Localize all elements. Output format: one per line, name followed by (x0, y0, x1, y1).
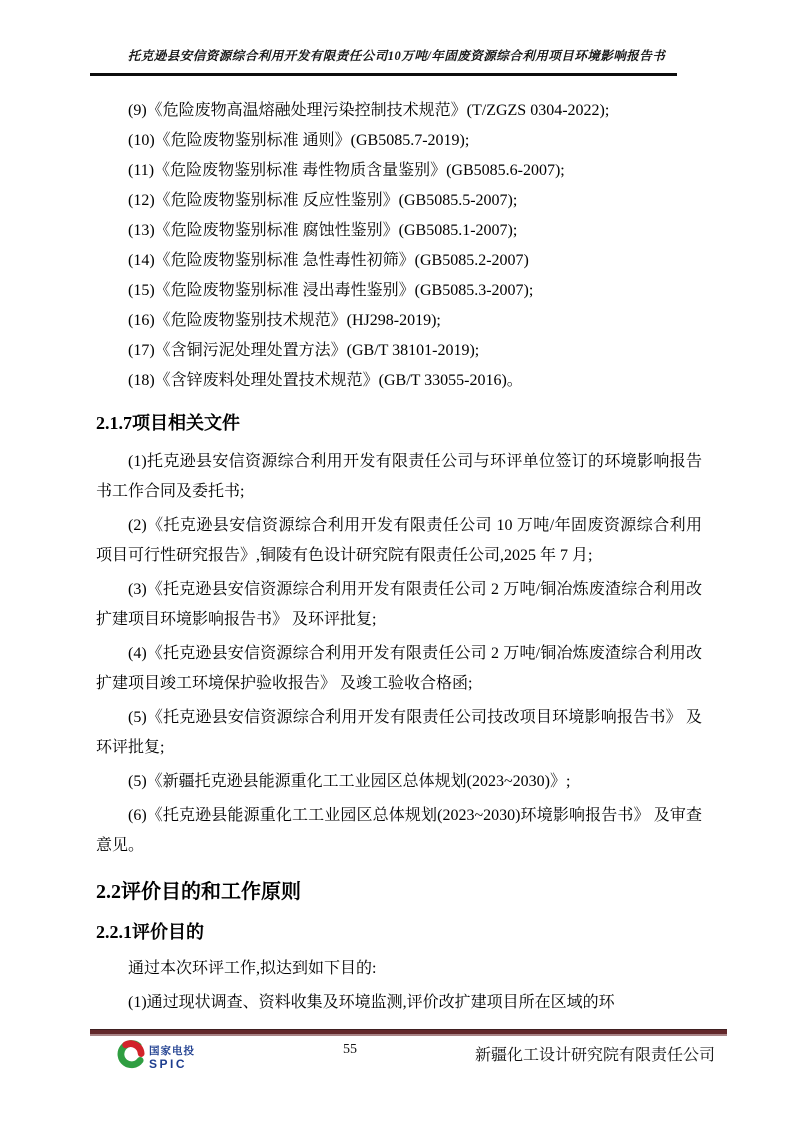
header-rule (90, 73, 677, 76)
standard-item: (9)《危险废物高温熔融处理污染控制技术规范》(T/ZGZS 0304-2022… (96, 96, 702, 126)
section-title: 项目相关文件 (132, 413, 240, 433)
related-documents-list: (1)托克逊县安信资源综合利用开发有限责任公司与环评单位签订的环境影响报告书工作… (96, 447, 702, 861)
logo-text: 国家电投 SPIC (149, 1046, 195, 1071)
logo-en-label: SPIC (149, 1058, 195, 1070)
standard-item: (11)《危险废物鉴别标准 毒性物质含量鉴别》(GB5085.6-2007); (96, 156, 702, 186)
section-number: 2.1.7 (96, 413, 132, 433)
section-number: 2.2 (96, 881, 121, 903)
standards-list: (9)《危险废物高温熔融处理污染控制技术规范》(T/ZGZS 0304-2022… (96, 96, 702, 396)
logo-cn-label: 国家电投 (149, 1046, 195, 1057)
document-page: 托克逊县安信资源综合利用开发有限责任公司10万吨/年固废资源综合利用项目环境影响… (0, 0, 793, 1122)
standard-item: (12)《危险废物鉴别标准 反应性鉴别》(GB5085.5-2007); (96, 186, 702, 216)
page-footer: 55 国家电投 SPIC 新疆化工设计研究院有限责任公司 (90, 1038, 727, 1082)
standard-item: (18)《含锌废料处理处置技术规范》(GB/T 33055-2016)。 (96, 366, 702, 396)
page-header-title: 托克逊县安信资源综合利用开发有限责任公司10万吨/年固废资源综合利用项目环境影响… (88, 46, 705, 64)
standard-item: (10)《危险废物鉴别标准 通则》(GB5085.7-2019); (96, 126, 702, 156)
section-heading-2-2-1: 2.2.1评价目的 (96, 920, 702, 945)
section-heading-2-1-7: 2.1.7项目相关文件 (96, 411, 702, 436)
document-item: (5)《新疆托克逊县能源重化工工业园区总体规划(2023~2030)》; (96, 767, 702, 797)
body-paragraphs: 通过本次环评工作,拟达到如下目的:(1)通过现状调查、资料收集及环境监测,评价改… (96, 954, 702, 1018)
page-body: (9)《危险废物高温熔融处理污染控制技术规范》(T/ZGZS 0304-2022… (96, 96, 702, 1018)
footer-rule (90, 1029, 727, 1036)
section-heading-2-2: 2.2评价目的和工作原则 (96, 878, 702, 906)
document-item: (6)《托克逊县能源重化工工业园区总体规划(2023~2030)环境影响报告书》… (96, 801, 702, 861)
section-title: 评价目的 (132, 922, 204, 942)
section-number: 2.2.1 (96, 922, 132, 942)
document-item: (5)《托克逊县安信资源综合利用开发有限责任公司技改项目环境影响报告书》 及环评… (96, 703, 702, 763)
document-item: (1)托克逊县安信资源综合利用开发有限责任公司与环评单位签订的环境影响报告书工作… (96, 447, 702, 507)
standard-item: (16)《危险废物鉴别技术规范》(HJ298-2019); (96, 306, 702, 336)
body-paragraph: (1)通过现状调查、资料收集及环境监测,评价改扩建项目所在区域的环 (96, 988, 702, 1018)
footer-company-name: 新疆化工设计研究院有限责任公司 (475, 1042, 715, 1065)
body-paragraph: 通过本次环评工作,拟达到如下目的: (96, 954, 702, 984)
standard-item: (14)《危险废物鉴别标准 急性毒性初筛》(GB5085.2-2007) (96, 246, 702, 276)
document-item: (3)《托克逊县安信资源综合利用开发有限责任公司 2 万吨/铜冶炼废渣综合利用改… (96, 575, 702, 635)
document-item: (4)《托克逊县安信资源综合利用开发有限责任公司 2 万吨/铜冶炼废渣综合利用改… (96, 639, 702, 699)
document-item: (2)《托克逊县安信资源综合利用开发有限责任公司 10 万吨/年固废资源综合利用… (96, 511, 702, 571)
standard-item: (15)《危险废物鉴别标准 浸出毒性鉴别》(GB5085.3-2007); (96, 276, 702, 306)
company-logo: 国家电投 SPIC (116, 1040, 195, 1076)
section-title: 评价目的和工作原则 (121, 881, 301, 903)
spic-logo-icon (116, 1040, 145, 1076)
standard-item: (13)《危险废物鉴别标准 腐蚀性鉴别》(GB5085.1-2007); (96, 216, 702, 246)
standard-item: (17)《含铜污泥处理处置方法》(GB/T 38101-2019); (96, 336, 702, 366)
